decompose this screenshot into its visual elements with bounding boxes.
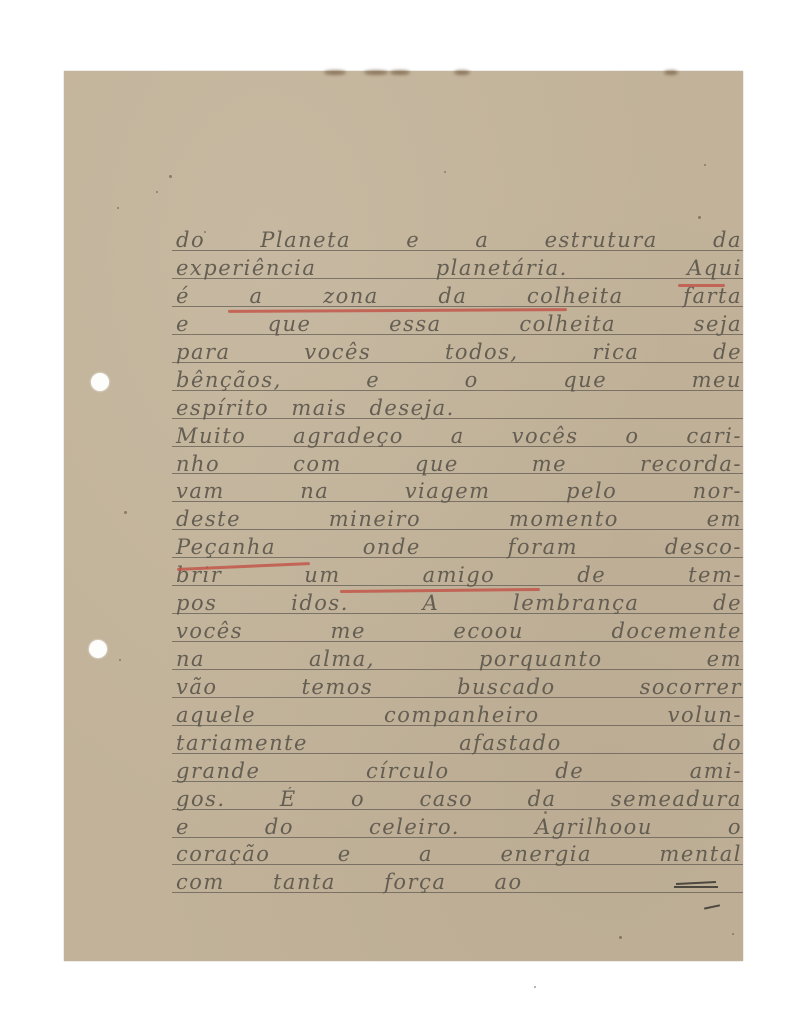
- handwritten-word: afastado: [459, 730, 562, 756]
- handwritten-line: aquelecompanheirovolun-: [176, 702, 742, 728]
- handwritten-line: gos.Éocasodasemeadura: [176, 786, 742, 812]
- handwritten-word: Agrilhoou: [535, 814, 653, 840]
- stray-pencil-mark: [704, 904, 720, 909]
- handwritten-line: destemineiromomentoem: [176, 506, 742, 532]
- handwritten-line: éazonadacolheitafarta: [176, 283, 742, 309]
- paper-speck: [119, 659, 121, 661]
- handwritten-word: pelo: [566, 478, 617, 504]
- handwritten-word: recorda-: [640, 451, 742, 477]
- handwritten-word: viagem: [405, 478, 491, 504]
- handwritten-word: amigo: [423, 562, 496, 588]
- handwritten-word: volun-: [668, 702, 742, 728]
- handwritten-line: nhocomquemerecorda-: [176, 451, 742, 477]
- handwritten-word: socorrer: [640, 674, 742, 700]
- handwritten-word: estrutura: [545, 227, 658, 253]
- handwritten-word: lembrança: [513, 590, 639, 616]
- handwritten-word: tem-: [688, 562, 742, 588]
- handwritten-word: rica: [592, 339, 639, 365]
- handwritten-word: que: [268, 311, 312, 337]
- handwritten-word: coração: [176, 841, 270, 867]
- handwritten-word: do: [713, 730, 742, 756]
- handwritten-word: zona: [323, 283, 379, 309]
- handwritten-word: me: [532, 451, 567, 477]
- paper-speck: [534, 986, 536, 988]
- handwritten-word: idos.: [291, 590, 349, 616]
- handwritten-word: na: [176, 646, 205, 672]
- handwritten-word: círculo: [366, 758, 450, 784]
- handwritten-word: de: [713, 339, 742, 365]
- handwritten-word: do: [265, 814, 294, 840]
- handwritten-word: da: [713, 227, 742, 253]
- handwritten-line: vocêsmeecooudocemente: [176, 618, 742, 644]
- handwritten-word: o: [465, 367, 479, 393]
- handwritten-word: porquanto: [479, 646, 603, 672]
- handwritten-line: coraçãoeaenergiamental: [176, 841, 742, 867]
- paper-speck: [732, 933, 734, 935]
- handwritten-word: o: [625, 423, 639, 449]
- paper-speck: [704, 164, 706, 166]
- handwritten-word: mental: [659, 841, 742, 867]
- handwritten-line: com tanta força ao: [176, 869, 742, 895]
- handwritten-word: de: [713, 590, 742, 616]
- handwritten-word: da: [438, 283, 467, 309]
- handwritten-word: que: [563, 367, 607, 393]
- handwritten-line: tariamenteafastadodo: [176, 730, 742, 756]
- handwritten-word: e: [176, 311, 190, 337]
- punch-hole-bottom: [89, 640, 107, 658]
- handwritten-word: desco-: [665, 534, 742, 560]
- handwritten-word: Aqui: [687, 255, 742, 281]
- handwritten-word: a: [419, 841, 433, 867]
- handwritten-word: um: [304, 562, 340, 588]
- paper-speck: [124, 511, 127, 514]
- handwritten-word: vocês: [304, 339, 371, 365]
- top-edge-stain: [454, 70, 470, 75]
- handwritten-word: buscado: [457, 674, 556, 700]
- handwritten-word: ecoou: [453, 618, 524, 644]
- handwritten-word: alma,: [309, 646, 375, 672]
- manuscript-page: doPlanetaeaestruturada experiênciaplanet…: [64, 71, 743, 961]
- paper-speck: [117, 207, 119, 209]
- handwritten-word: energia: [500, 841, 592, 867]
- handwritten-word: Muito: [176, 423, 246, 449]
- handwritten-word: colheita: [527, 283, 624, 309]
- paper-speck: [169, 175, 172, 178]
- handwritten-line: equeessacolheitaseja: [176, 311, 742, 337]
- handwritten-word: a: [249, 283, 263, 309]
- handwritten-word: nor-: [693, 478, 742, 504]
- handwritten-word: nho: [176, 451, 220, 477]
- handwritten-line: naalma,porquantoem: [176, 646, 742, 672]
- handwritten-line: vãotemosbuscadosocorrer: [176, 674, 742, 700]
- handwritten-line: Peçanhaondeforamdesco-: [176, 534, 742, 560]
- handwritten-word: Planeta: [260, 227, 351, 253]
- handwritten-word: e: [366, 367, 380, 393]
- handwritten-word: do: [176, 227, 205, 253]
- handwritten-word: Peçanha: [176, 534, 276, 560]
- handwritten-word: para: [176, 339, 231, 365]
- handwritten-word: na: [300, 478, 329, 504]
- handwritten-word: meu: [692, 367, 742, 393]
- handwritten-word: vam: [176, 478, 225, 504]
- handwritten-word: planetária.: [436, 255, 568, 281]
- handwritten-word: caso: [420, 786, 474, 812]
- handwritten-line: bênçãos,eoquemeu: [176, 367, 742, 393]
- paper-speck: [156, 191, 158, 193]
- handwritten-line: experiênciaplanetária.Aqui: [176, 255, 742, 281]
- handwritten-word: e: [338, 841, 352, 867]
- handwritten-word: me: [331, 618, 366, 644]
- handwritten-word: todos,: [445, 339, 519, 365]
- handwritten-word: companheiro: [384, 702, 540, 728]
- handwritten-word: A: [423, 590, 440, 616]
- handwritten-word: em: [707, 646, 742, 672]
- handwritten-word: com: [293, 451, 342, 477]
- handwritten-word: vão: [176, 674, 218, 700]
- punch-hole-top: [91, 373, 109, 391]
- handwritten-word: vocês: [512, 423, 579, 449]
- paper-speck: [698, 216, 701, 219]
- handwritten-word: grande: [176, 758, 260, 784]
- handwritten-word: tariamente: [176, 730, 308, 756]
- handwritten-word: cari-: [686, 423, 742, 449]
- handwritten-word: seja: [694, 311, 742, 337]
- handwritten-word: vocês: [176, 618, 243, 644]
- top-edge-stain: [324, 70, 346, 75]
- handwritten-word: docemente: [611, 618, 742, 644]
- handwritten-word: é: [176, 283, 190, 309]
- red-underline-aqui: [678, 284, 725, 287]
- handwritten-word: pos: [176, 590, 217, 616]
- handwritten-word: onde: [363, 534, 421, 560]
- handwritten-line: Muitoagradeçoavocêsocari-: [176, 423, 742, 449]
- handwritten-word: que: [415, 451, 459, 477]
- handwritten-word: e: [406, 227, 420, 253]
- handwritten-word: temos: [301, 674, 373, 700]
- handwritten-word: da: [528, 786, 557, 812]
- handwritten-word: deste: [176, 506, 241, 532]
- handwritten-word: em: [707, 506, 742, 532]
- handwritten-line: espírito mais deseja.: [176, 395, 742, 421]
- handwritten-word: aquele: [176, 702, 256, 728]
- handwritten-line: edoceleiro.Agrilhoouo: [176, 814, 742, 840]
- handwritten-line: doPlanetaeaestruturada: [176, 227, 742, 253]
- handwritten-line: posidos.Alembrançade: [176, 590, 742, 616]
- handwritten-word: e: [176, 814, 190, 840]
- top-edge-stain: [364, 70, 388, 75]
- handwritten-word: agradeço: [293, 423, 404, 449]
- handwritten-word: o: [728, 814, 742, 840]
- struck-word-mark: [674, 886, 718, 888]
- handwritten-word: foram: [508, 534, 578, 560]
- handwritten-word: mineiro: [329, 506, 421, 532]
- top-edge-stain: [390, 70, 410, 75]
- handwritten-word: a: [475, 227, 489, 253]
- handwritten-word: momento: [509, 506, 619, 532]
- handwritten-word: gos.: [176, 786, 226, 812]
- handwritten-word: de: [577, 562, 606, 588]
- handwritten-word: o: [351, 786, 365, 812]
- handwritten-word: semeadura: [611, 786, 742, 812]
- handwritten-word: essa: [389, 311, 442, 337]
- handwritten-word: bênçãos,: [176, 367, 282, 393]
- handwritten-line: paravocêstodos,ricade: [176, 339, 742, 365]
- handwritten-word: experiência: [176, 255, 316, 281]
- handwritten-word: a: [451, 423, 465, 449]
- handwritten-word: ami-: [690, 758, 742, 784]
- handwritten-line: vamnaviagempelonor-: [176, 478, 742, 504]
- handwritten-word: colheita: [519, 311, 616, 337]
- handwritten-line: grandecírculodeami-: [176, 758, 742, 784]
- handwritten-word: de: [555, 758, 584, 784]
- top-edge-stain: [664, 70, 678, 75]
- paper-speck: [619, 936, 622, 939]
- paper-speck: [444, 171, 446, 173]
- handwritten-word: celeiro.: [369, 814, 460, 840]
- handwritten-word: É: [280, 786, 297, 812]
